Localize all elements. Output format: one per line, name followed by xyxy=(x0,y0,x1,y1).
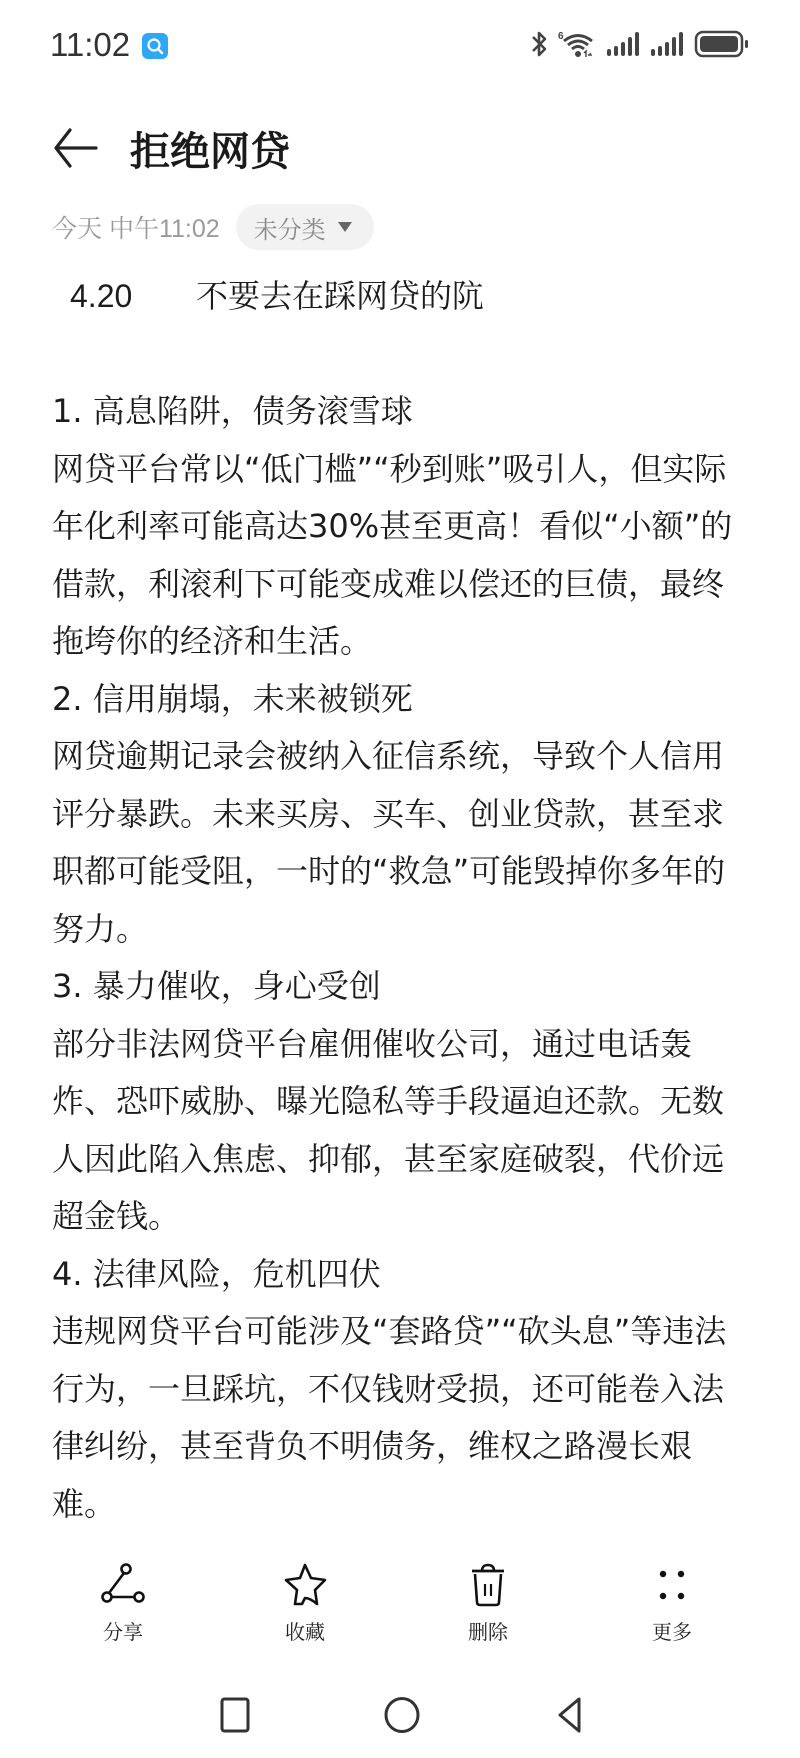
delete-label: 删除 xyxy=(468,1616,508,1645)
caret-down-icon xyxy=(338,222,352,232)
blank-line xyxy=(52,326,752,384)
home-button[interactable] xyxy=(377,1690,427,1740)
svg-text:6: 6 xyxy=(558,31,564,42)
share-label: 分享 xyxy=(103,1616,143,1645)
system-nav-bar xyxy=(0,1690,800,1740)
bottom-toolbar: 分享 收藏 删除 更多 xyxy=(0,1562,800,1642)
back-button[interactable] xyxy=(50,122,102,174)
back-nav-button[interactable] xyxy=(545,1690,595,1740)
note-meta: 今天 中午11:02 未分类 xyxy=(52,204,374,250)
star-icon xyxy=(280,1562,330,1608)
battery-icon xyxy=(694,30,750,62)
note-timestamp: 今天 中午11:02 xyxy=(52,209,220,245)
section-heading: 4. 法律风险，危机四伏 xyxy=(52,1246,752,1304)
back-triangle-icon xyxy=(552,1695,588,1735)
share-button[interactable]: 分享 xyxy=(73,1562,173,1642)
category-label: 未分类 xyxy=(254,210,326,245)
section-body: 部分非法网贷平台雇佣催收公司，通过电话轰炸、恐吓威胁、曝光隐私等手段逼迫还款。无… xyxy=(52,1016,752,1246)
recents-button[interactable] xyxy=(210,1690,260,1740)
note-title[interactable]: 拒绝网贷 xyxy=(130,120,290,177)
more-button[interactable]: 更多 xyxy=(622,1562,722,1642)
header: 拒绝网贷 xyxy=(0,112,800,182)
section-body: 网贷逾期记录会被纳入征信系统，导致个人信用评分暴跌。未来买房、买车、创业贷款，甚… xyxy=(52,728,752,958)
category-dropdown[interactable]: 未分类 xyxy=(236,204,374,250)
signal-icon xyxy=(650,31,684,61)
subtitle-text: 不要去在踩网贷的阬 xyxy=(196,268,484,326)
section-body: 违规网贷平台可能涉及“套路贷”“砍头息”等违法行为，一旦踩坑，不仅钱财受损，还可… xyxy=(52,1303,752,1533)
trash-icon xyxy=(463,1562,513,1608)
recents-square-icon xyxy=(217,1695,253,1735)
note-subtitle: 4.20 不要去在踩网贷的阬 xyxy=(52,268,752,326)
delete-button[interactable]: 删除 xyxy=(438,1562,538,1642)
arrow-left-icon xyxy=(50,122,102,174)
home-circle-icon xyxy=(382,1695,422,1735)
search-app-icon xyxy=(142,33,168,59)
favorite-button[interactable]: 收藏 xyxy=(255,1562,355,1642)
status-time: 11:02 xyxy=(50,26,130,64)
section-heading: 1. 高息陷阱，债务滚雪球 xyxy=(52,383,752,441)
favorite-label: 收藏 xyxy=(285,1616,325,1645)
more-dots-icon xyxy=(647,1562,697,1608)
status-icons: 6 xyxy=(530,30,750,62)
signal-icon xyxy=(606,31,640,61)
note-body[interactable]: 4.20 不要去在踩网贷的阬 1. 高息陷阱，债务滚雪球 网贷平台常以“低门槛”… xyxy=(52,268,752,1533)
section-heading: 2. 信用崩塌，未来被锁死 xyxy=(52,671,752,729)
bluetooth-icon xyxy=(530,30,548,62)
subtitle-date: 4.20 xyxy=(70,268,196,326)
status-bar: 11:02 6 xyxy=(0,0,800,92)
section-heading: 3. 暴力催收，身心受创 xyxy=(52,958,752,1016)
more-label: 更多 xyxy=(652,1616,692,1645)
wifi-6-icon: 6 xyxy=(558,29,596,63)
section-body: 网贷平台常以“低门槛”“秒到账”吸引人，但实际年化利率可能高达30%甚至更高！看… xyxy=(52,441,752,671)
share-icon xyxy=(98,1562,148,1608)
